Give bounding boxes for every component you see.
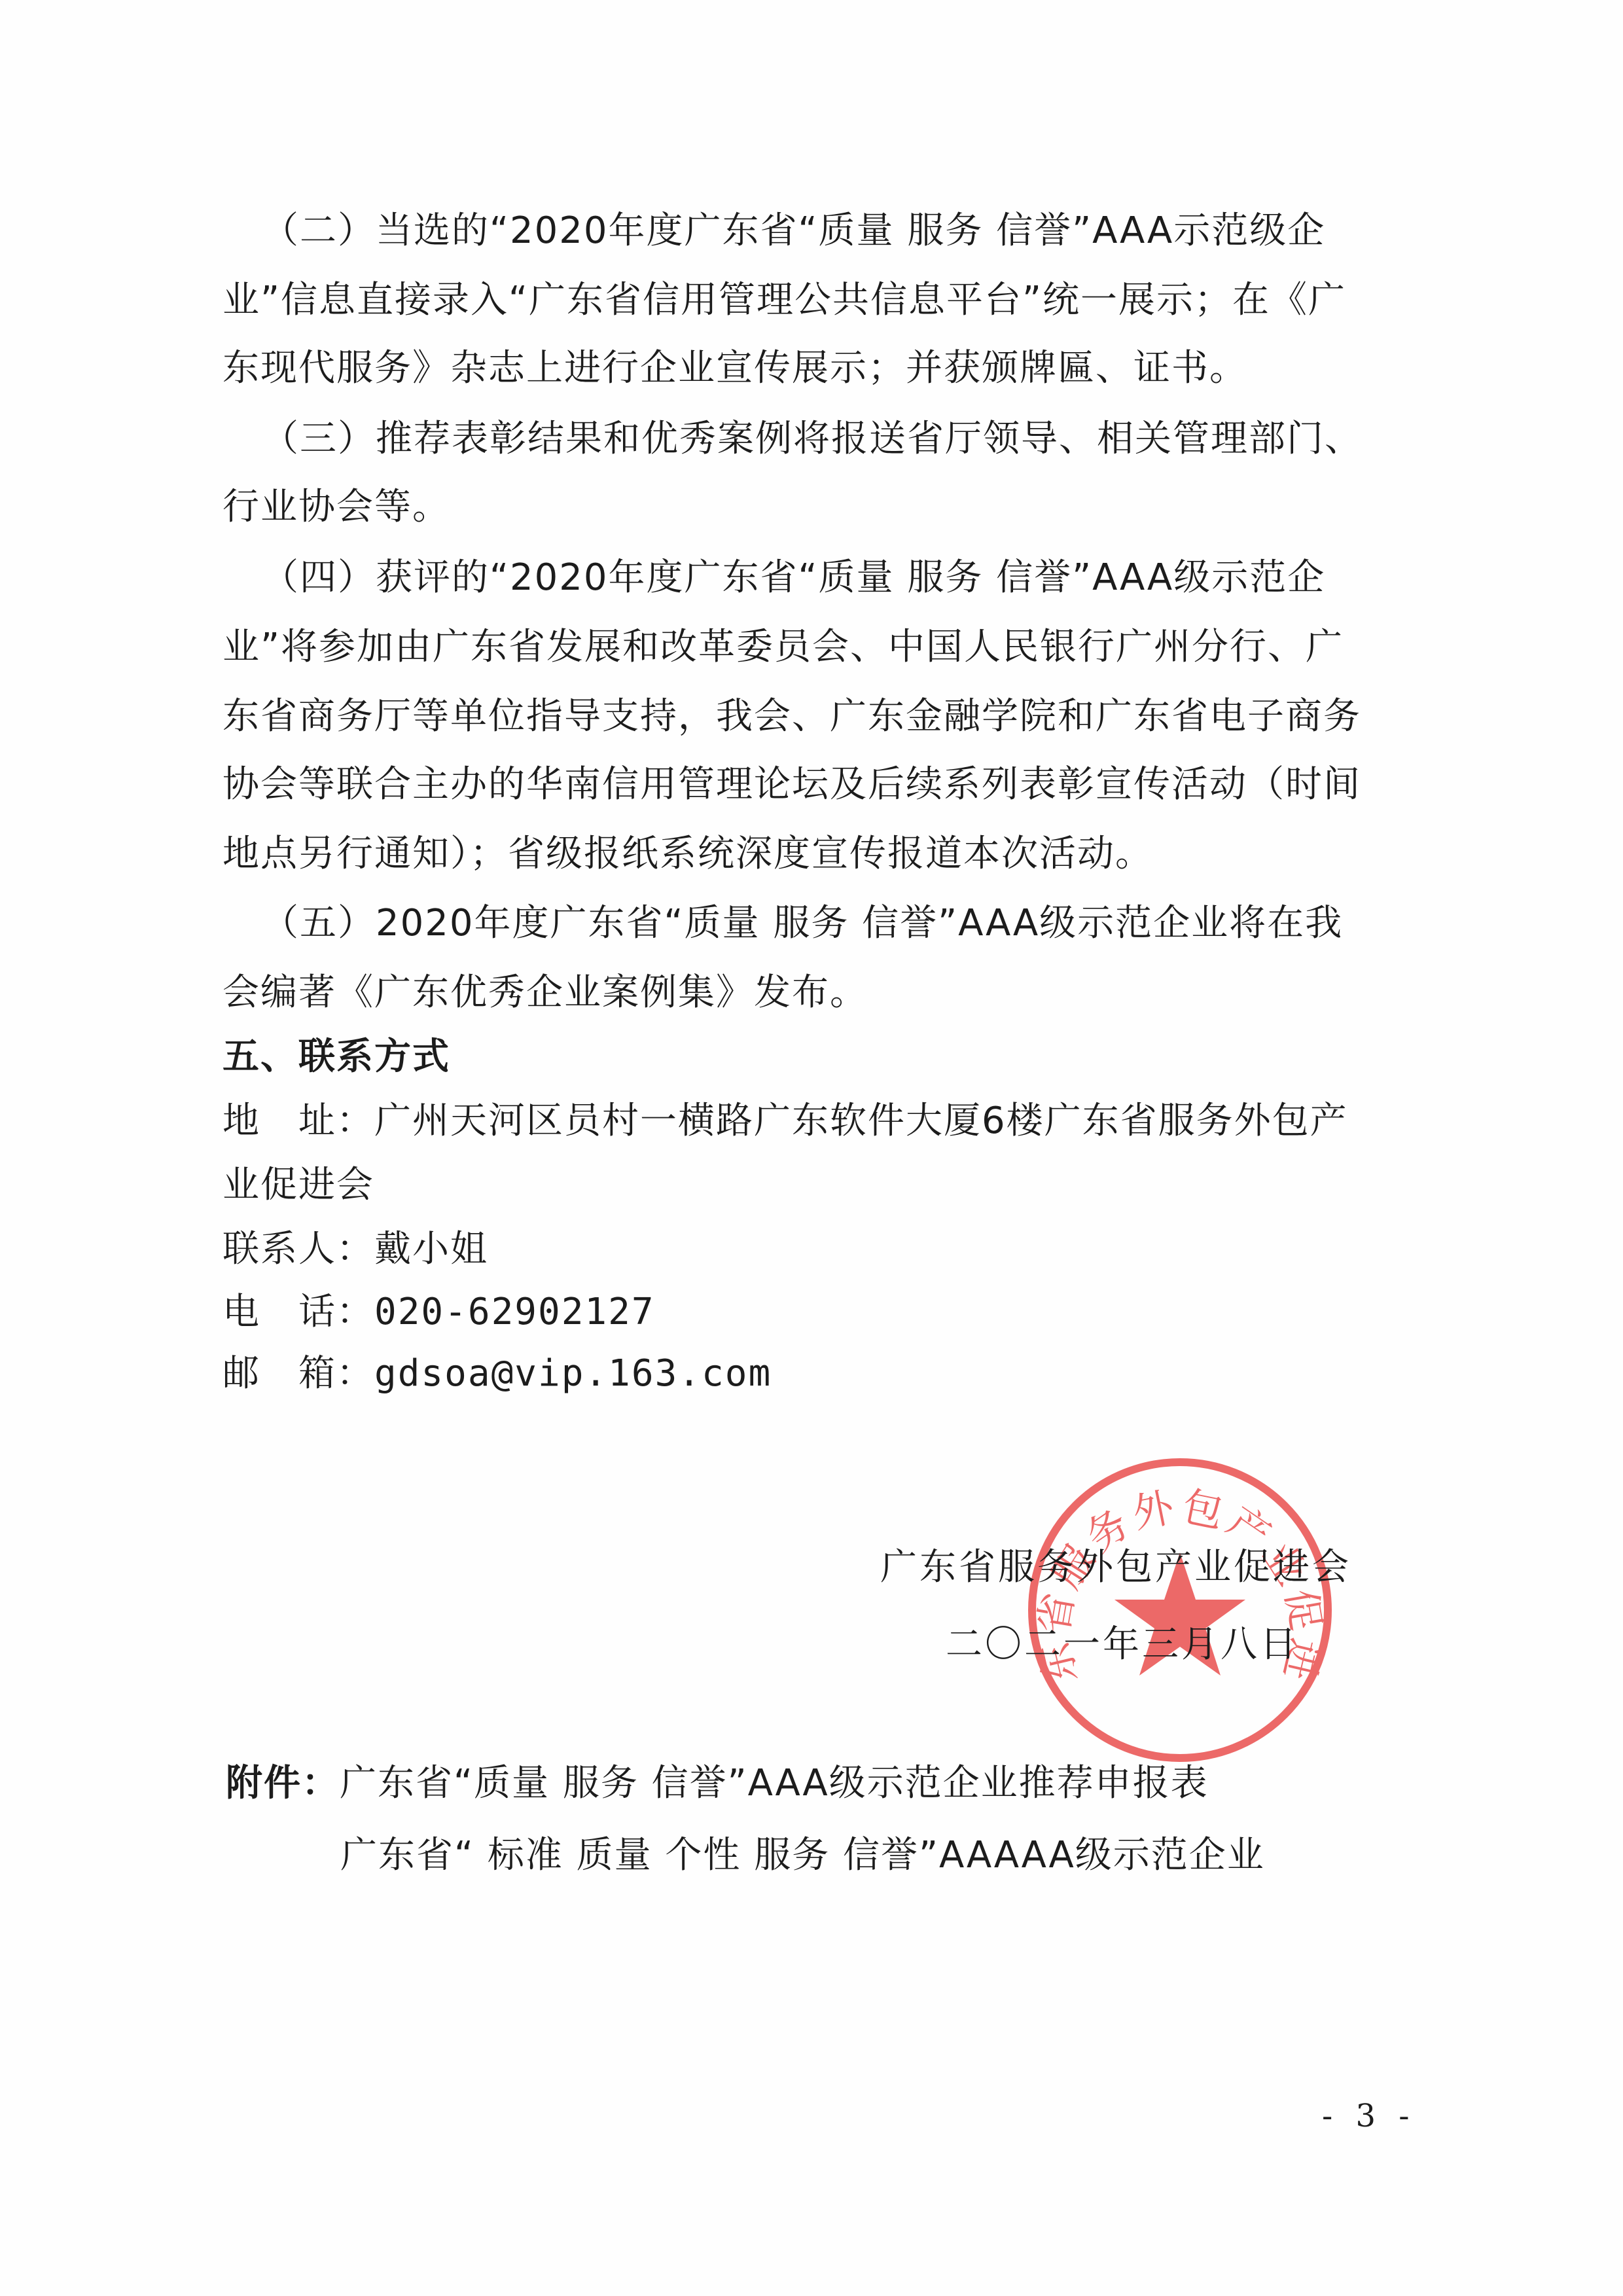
person-label: 联系人： bbox=[223, 1228, 374, 1270]
paragraph-5-line-1: （五）2020年度广东省“质量 服务 信誉”AAA级示范企业将在我 bbox=[262, 901, 1343, 946]
contact-email: 邮 箱：gdsoa@vip.163.com bbox=[223, 1351, 772, 1397]
attachment-item-2: 广东省“ 标准 质量 个性 服务 信誉”AAAAA级示范企业 bbox=[340, 1833, 1265, 1878]
official-seal-stamp: 广东省服务外包产业促进会 bbox=[1024, 1454, 1336, 1766]
person-value: 戴小姐 bbox=[374, 1228, 488, 1270]
phone-label: 电 话： bbox=[223, 1291, 374, 1333]
signature-organization: 广东省服务外包产业促进会 bbox=[880, 1545, 1351, 1590]
attachment-item-1-text: 广东省“质量 服务 信誉”AAA级示范企业推荐申报表 bbox=[340, 1762, 1209, 1804]
signature-date: 二〇二一年三月八日 bbox=[946, 1622, 1299, 1668]
address-value: 广州天河区员村一横路广东软件大厦6楼广东省服务外包产 bbox=[374, 1100, 1348, 1142]
paragraph-3-line-2: 行业协会等。 bbox=[223, 484, 450, 530]
paragraph-2-line-3: 东现代服务》杂志上进行企业宣传展示；并获颁牌匾、证书。 bbox=[223, 346, 1247, 391]
contact-address-line-1: 地 址：广州天河区员村一横路广东软件大厦6楼广东省服务外包产 bbox=[223, 1098, 1348, 1144]
email-label: 邮 箱： bbox=[223, 1352, 374, 1395]
paragraph-2-line-2: 业”信息直接录入“广东省信用管理公共信息平台”统一展示；在《广 bbox=[223, 278, 1346, 323]
paragraph-4-line-4: 协会等联合主办的华南信用管理论坛及后续系列表彰宣传活动（时间 bbox=[223, 762, 1361, 808]
paragraph-4-line-1: （四）获评的“2020年度广东省“质量 服务 信誉”AAA级示范企 bbox=[262, 555, 1325, 601]
paragraph-2-line-1: （二）当选的“2020年度广东省“质量 服务 信誉”AAA示范级企 bbox=[262, 208, 1325, 254]
section-heading-contact: 五、联系方式 bbox=[223, 1034, 450, 1080]
document-page: （二）当选的“2020年度广东省“质量 服务 信誉”AAA示范级企 业”信息直接… bbox=[0, 0, 1623, 2296]
email-value: gdsoa@vip.163.com bbox=[374, 1352, 772, 1395]
paragraph-4-line-2: 业”将参加由广东省发展和改革委员会、中国人民银行广州分行、广 bbox=[223, 624, 1344, 670]
paragraph-3-line-1: （三）推荐表彰结果和优秀案例将报送省厅领导、相关管理部门、 bbox=[262, 416, 1363, 462]
paragraph-5-line-2: 会编著《广东优秀企业案例集》发布。 bbox=[223, 970, 868, 1016]
phone-value: 020-62902127 bbox=[374, 1291, 655, 1333]
attachment-label: 附件： bbox=[226, 1762, 340, 1804]
paragraph-4-line-3: 东省商务厅等单位指导支持，我会、广东金融学院和广东省电子商务 bbox=[223, 694, 1361, 740]
address-label: 地 址： bbox=[223, 1100, 374, 1142]
paragraph-4-line-5: 地点另行通知）；省级报纸系统深度宣传报道本次活动。 bbox=[223, 831, 1153, 877]
page-number: - 3 - bbox=[1322, 2098, 1416, 2134]
attachment-item-1: 附件：广东省“质量 服务 信誉”AAA级示范企业推荐申报表 bbox=[226, 1761, 1209, 1806]
contact-address-line-2: 业促进会 bbox=[223, 1162, 374, 1208]
contact-phone: 电 话：020-62902127 bbox=[223, 1289, 655, 1335]
contact-person: 联系人：戴小姐 bbox=[223, 1227, 488, 1272]
